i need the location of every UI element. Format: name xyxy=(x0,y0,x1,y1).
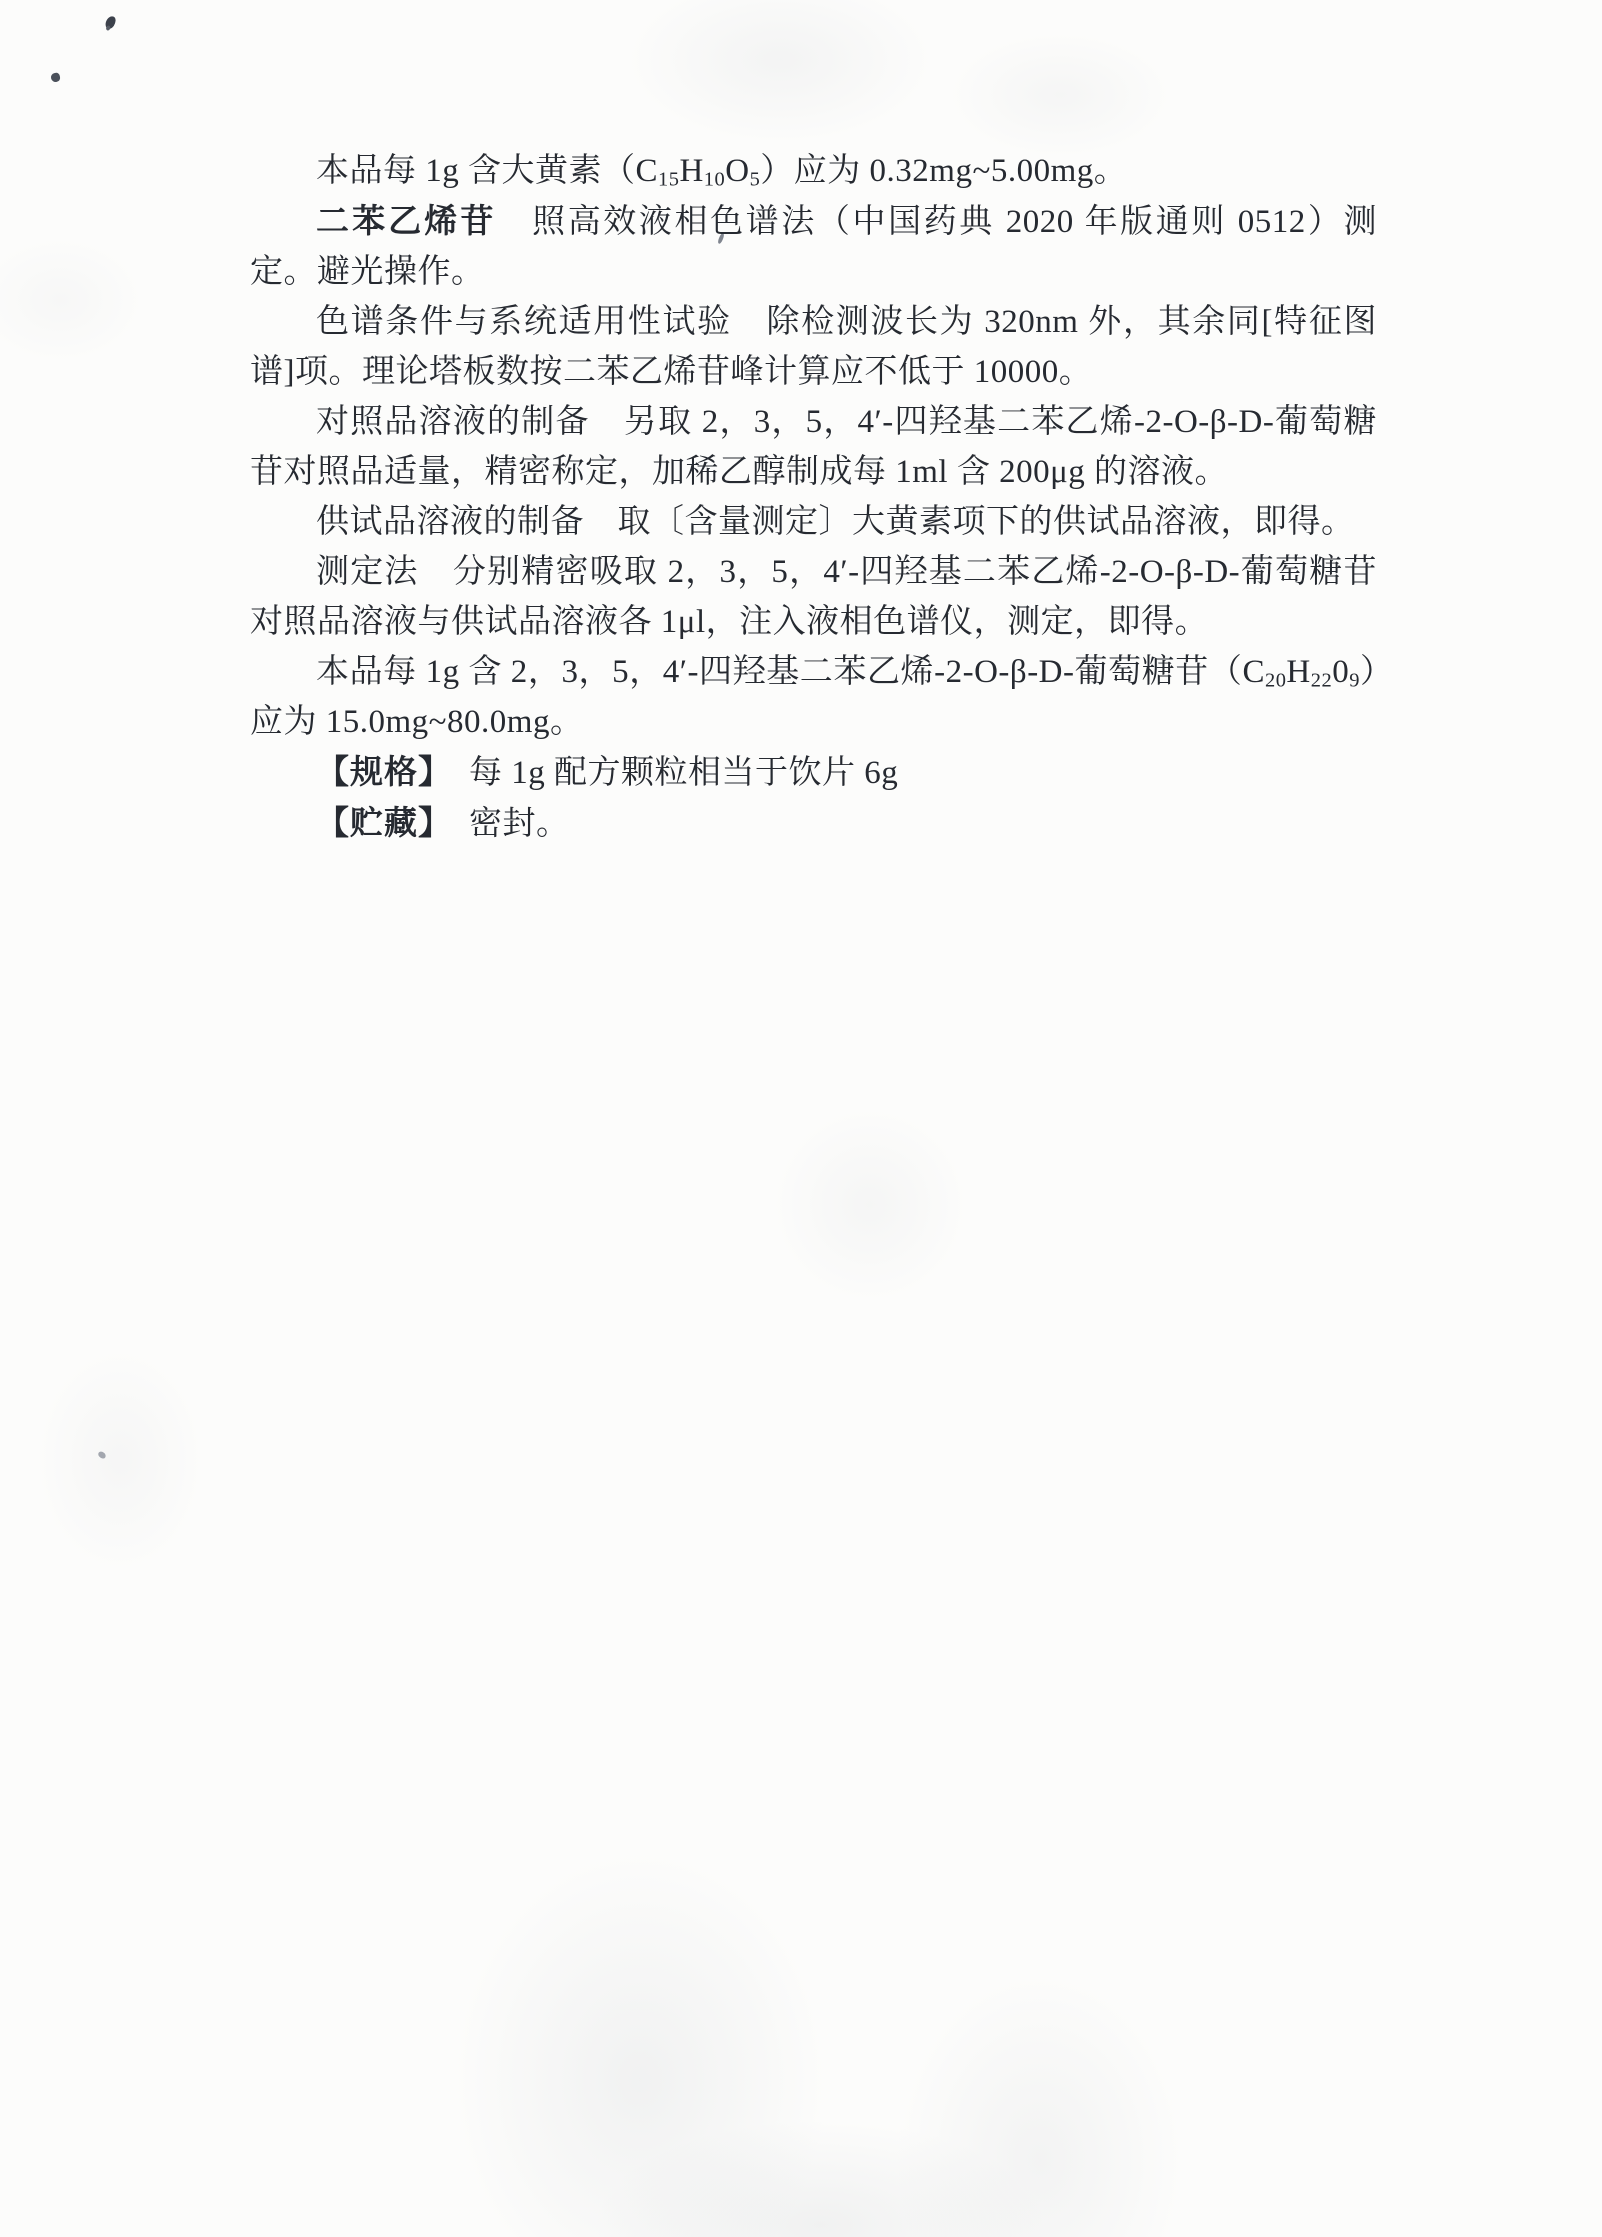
body-text: 对照品溶液的制备 另取 2，3，5，4′-四羟基二苯乙烯-2-O-β-D-葡萄糖… xyxy=(250,404,1377,490)
body-text: ）应为 0.32mg~5.00mg。 xyxy=(760,153,1127,189)
formula-subscript: 22 xyxy=(1311,670,1332,692)
test-solution-preparation: 供试品溶液的制备 取〔含量测定〕大黄素项下的供试品溶液，即得。 xyxy=(250,497,1377,547)
reference-solution-preparation: 对照品溶液的制备 另取 2，3，5，4′-四羟基二苯乙烯-2-O-β-D-葡萄糖… xyxy=(250,397,1377,497)
stilbene-glycoside-method: 二苯乙烯苷 照高效液相色谱法（中国药典 2020 年版通则 0512）测定。避光… xyxy=(250,196,1377,297)
determination-method: 测定法 分别精密吸取 2，3，5，4′-四羟基二苯乙烯-2-O-β-D-葡萄糖苷… xyxy=(250,547,1377,647)
stilbene-glycoside-content-limit: 本品每 1g 含 2，3，5，4′-四羟基二苯乙烯-2-O-β-D-葡萄糖苷（C… xyxy=(250,647,1377,747)
storage: 【贮藏】 密封。 xyxy=(250,798,1377,849)
body-text: H xyxy=(1286,654,1310,690)
body-text: 色谱条件与系统适用性试验 除检测波长为 320nm 外，其余同[特征图谱]项。理… xyxy=(250,304,1377,390)
emodin-content-limit: 本品每 1g 含大黄素（C15H10O5）应为 0.32mg~5.00mg。 xyxy=(250,146,1377,196)
bold-heading-text: 【规格】 xyxy=(316,753,436,790)
bold-heading-text: 二苯乙烯苷 xyxy=(316,202,497,239)
body-text: H xyxy=(679,153,703,189)
formula-subscript: 5 xyxy=(750,169,761,191)
formula-subscript: 9 xyxy=(1349,670,1360,692)
formula-subscript: 10 xyxy=(704,169,725,191)
body-text: O xyxy=(725,153,749,189)
body-text: 测定法 分别精密吸取 2，3，5，4′-四羟基二苯乙烯-2-O-β-D-葡萄糖苷… xyxy=(250,554,1377,640)
body-text: 供试品溶液的制备 取〔含量测定〕大黄素项下的供试品溶液，即得。 xyxy=(316,504,1355,540)
scan-speck xyxy=(50,72,61,83)
formula-subscript: 20 xyxy=(1265,670,1286,692)
body-text: 0 xyxy=(1332,654,1349,690)
specification: 【规格】 每 1g 配方颗粒相当于饮片 6g xyxy=(250,747,1377,798)
body-text: 本品每 1g 含大黄素（C xyxy=(316,153,658,189)
body-text: 密封。 xyxy=(436,806,570,842)
bold-heading-text: 【贮藏】 xyxy=(316,804,436,841)
formula-subscript: 15 xyxy=(658,169,679,191)
scan-speck xyxy=(97,1450,107,1459)
document-text: 本品每 1g 含大黄素（C15H10O5）应为 0.32mg~5.00mg。二苯… xyxy=(250,146,1377,849)
scan-speck xyxy=(104,15,117,30)
scanned-document-page: { "page": { "background": "#fcfcfb", "in… xyxy=(0,0,1602,2237)
body-text: 本品每 1g 含 2，3，5，4′-四羟基二苯乙烯-2-O-β-D-葡萄糖苷（C xyxy=(316,654,1265,690)
body-text: 每 1g 配方颗粒相当于饮片 6g xyxy=(436,755,899,791)
chromatographic-conditions: 色谱条件与系统适用性试验 除检测波长为 320nm 外，其余同[特征图谱]项。理… xyxy=(250,297,1377,397)
